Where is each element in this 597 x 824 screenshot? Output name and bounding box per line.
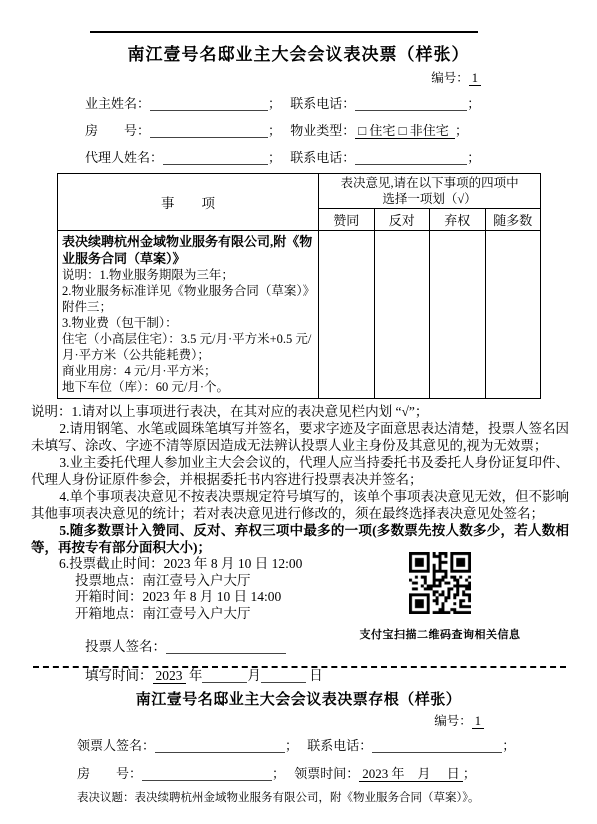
- agent-name-label: 代理人姓名：: [85, 150, 163, 165]
- punct: ；: [268, 150, 281, 165]
- collect-time-value: 2023 年 月 日: [359, 766, 463, 782]
- agent-row: 代理人姓名：； 联系电话：；: [85, 144, 597, 171]
- header-rule: [90, 31, 478, 33]
- opinion-column-header: 表决意见,请在以下事项的四项中 选择一项划（√）: [319, 174, 541, 209]
- option-header-approve: 赞同: [319, 209, 375, 231]
- agent-phone-blank: [355, 151, 467, 165]
- owner-phone-label: 联系电话：: [290, 96, 355, 111]
- agent-phone-label: 联系电话：: [290, 150, 355, 165]
- vote-table: 事 项 表决意见,请在以下事项的四项中 选择一项划（√） 赞同 反对 弃权 随多…: [57, 173, 541, 399]
- ballot-title: 南江壹号名邸业主大会会议表决票（样张）: [0, 40, 597, 65]
- topic-text: 表决续聘杭州金域物业服务有限公司，附《物业服务合同（草案）》。: [135, 792, 480, 804]
- vote-item-row: 表决续聘杭州金域物业服务有限公司,附《物业服务合同（草案）》 说明：1.物业服务…: [58, 231, 541, 399]
- stub-room-label: 房 号：: [77, 766, 142, 781]
- cut-line: [33, 666, 566, 668]
- owner-row: 业主姓名：； 联系电话：；: [85, 90, 597, 117]
- collector-row: 领票人签名：； 联系电话：；: [77, 732, 597, 760]
- ballot-document-page: 南江壹号名邸业主大会会议表决票（样张） 编号：1 业主姓名：； 联系电话：； 房…: [0, 0, 597, 824]
- item-detail-line: 住宅（小高层住宅）：3.5 元/月·平方米+0.5 元/月·平方米（公共能耗费）…: [62, 331, 314, 363]
- instruction-1: 说明：1.请对以上事项进行表决，在其对应的表决意见栏内划 “√”；: [31, 403, 569, 420]
- instruction-2: 2.请用钢笔、水笔或圆珠笔填写并签名，要求字迹及字面意思表达清楚，投票人签名因未…: [31, 420, 569, 454]
- property-type-checkboxes: □ 住宅 □ 非住宅: [355, 123, 455, 139]
- punct: ；: [285, 738, 298, 753]
- year-unit: 年: [189, 668, 203, 683]
- stub-fields: 领票人签名：； 联系电话：； 房 号：； 领票时间：2023 年 月 日；: [77, 732, 597, 788]
- topic-label: 表决议题：: [77, 792, 135, 804]
- room-row: 房 号：； 物业类型：□ 住宅 □ 非住宅 ；: [85, 117, 597, 144]
- qr-caption: 支付宝扫描二维码查询相关信息: [358, 626, 522, 642]
- owner-name-blank: [150, 97, 268, 111]
- voter-sign-label: 投票人签名：: [85, 639, 166, 654]
- day-blank: [261, 669, 306, 683]
- month-unit: 月: [247, 668, 261, 683]
- qr-code: [409, 552, 471, 614]
- stub-room-blank: [142, 767, 272, 781]
- instruction-5: 5.随多数票计入赞同、反对、弃权三项中最多的一项(多数票先按人数多少，若人数相等…: [31, 522, 569, 556]
- stub-phone-blank: [372, 739, 502, 753]
- qr-section: 支付宝扫描二维码查询相关信息: [358, 552, 522, 642]
- room-label: 房 号：: [85, 123, 150, 138]
- room-blank: [150, 124, 268, 138]
- item-detail-line: 2.物业服务标准详见《物业服务合同（草案）》附件三；: [62, 283, 314, 315]
- ballot-number-value: 1: [469, 71, 481, 86]
- stub-number-label: 编号：: [434, 714, 472, 728]
- item-detail-line: 3.物业费（包干制）：: [62, 315, 314, 331]
- collector-sign-blank: [155, 739, 285, 753]
- collect-time-label: 领票时间：: [294, 766, 359, 781]
- punct: ；: [467, 96, 480, 111]
- punct: ；: [467, 150, 480, 165]
- fill-year-value: 2023: [153, 668, 186, 684]
- ballot-number-row: 编号：1: [0, 68, 597, 85]
- punct: ；: [502, 738, 515, 753]
- stub-number-row: 编号：1: [0, 711, 597, 728]
- item-detail-line: 地下车位（库）：60 元/月·个。: [62, 379, 314, 395]
- agent-name-blank: [163, 151, 268, 165]
- instruction-3: 3.业主委托代理人参加业主大会会议的，代理人应当持委托书及委托人身份证复印件、代…: [31, 454, 569, 488]
- vote-item-title: 表决续聘杭州金域物业服务有限公司,附《物业服务合同（草案）》: [62, 233, 314, 267]
- option-header-follow-majority: 随多数: [485, 209, 541, 231]
- stub-number-value: 1: [472, 714, 484, 729]
- instruction-4: 4.单个事项表决意见不按表决票规定符号填写的，该单个事项表决意见无效，但不影响其…: [31, 488, 569, 522]
- voter-sign-blank: [166, 640, 286, 654]
- stub-section: 南江壹号名邸业主大会会议表决票存根（样张） 编号：1 领票人签名：； 联系电话：…: [0, 688, 597, 805]
- vote-cell-abstain: [430, 231, 486, 399]
- item-detail-line: 说明：1.物业服务期限为三年；: [62, 267, 314, 283]
- topic-row: 表决议题：表决续聘杭州金域物业服务有限公司，附《物业服务合同（草案）》。: [77, 789, 597, 805]
- signature-section: 投票人签名： 填写时间：2023 年月 日: [85, 635, 597, 684]
- opinion-header-line2: 选择一项划（√）: [321, 191, 538, 207]
- opinion-header-line1: 表决意见,请在以下事项的四项中: [321, 175, 538, 191]
- item-column-header: 事 项: [58, 174, 319, 231]
- vote-cell-oppose: [374, 231, 430, 399]
- fill-time-label: 填写时间：: [85, 668, 153, 683]
- stub-room-row: 房 号：； 领票时间：2023 年 月 日；: [77, 760, 597, 788]
- collector-sign-label: 领票人签名：: [77, 738, 155, 753]
- owner-name-label: 业主姓名：: [85, 96, 150, 111]
- option-header-abstain: 弃权: [430, 209, 486, 231]
- vote-item-cell: 表决续聘杭州金域物业服务有限公司,附《物业服务合同（草案）》 说明：1.物业服务…: [58, 231, 319, 399]
- punct: ；: [268, 123, 281, 138]
- vote-cell-follow-majority: [485, 231, 541, 399]
- month-blank: [202, 669, 247, 683]
- vote-cell-approve: [319, 231, 375, 399]
- day-unit: 日: [309, 668, 323, 683]
- punct: ；: [268, 96, 281, 111]
- punct: ；: [272, 766, 285, 781]
- punct: ；: [463, 766, 476, 781]
- option-header-oppose: 反对: [374, 209, 430, 231]
- owner-phone-blank: [355, 97, 467, 111]
- property-type-label: 物业类型：: [290, 123, 355, 138]
- ballot-number-label: 编号：: [431, 71, 469, 85]
- stub-phone-label: 联系电话：: [307, 738, 372, 753]
- stub-title: 南江壹号名邸业主大会会议表决票存根（样张）: [0, 688, 597, 709]
- ballot-header-fields: 业主姓名：； 联系电话：； 房 号：； 物业类型：□ 住宅 □ 非住宅 ； 代理…: [85, 90, 597, 171]
- punct: ；: [455, 123, 468, 138]
- item-detail-line: 商业用房：4 元/月·平方米；: [62, 363, 314, 379]
